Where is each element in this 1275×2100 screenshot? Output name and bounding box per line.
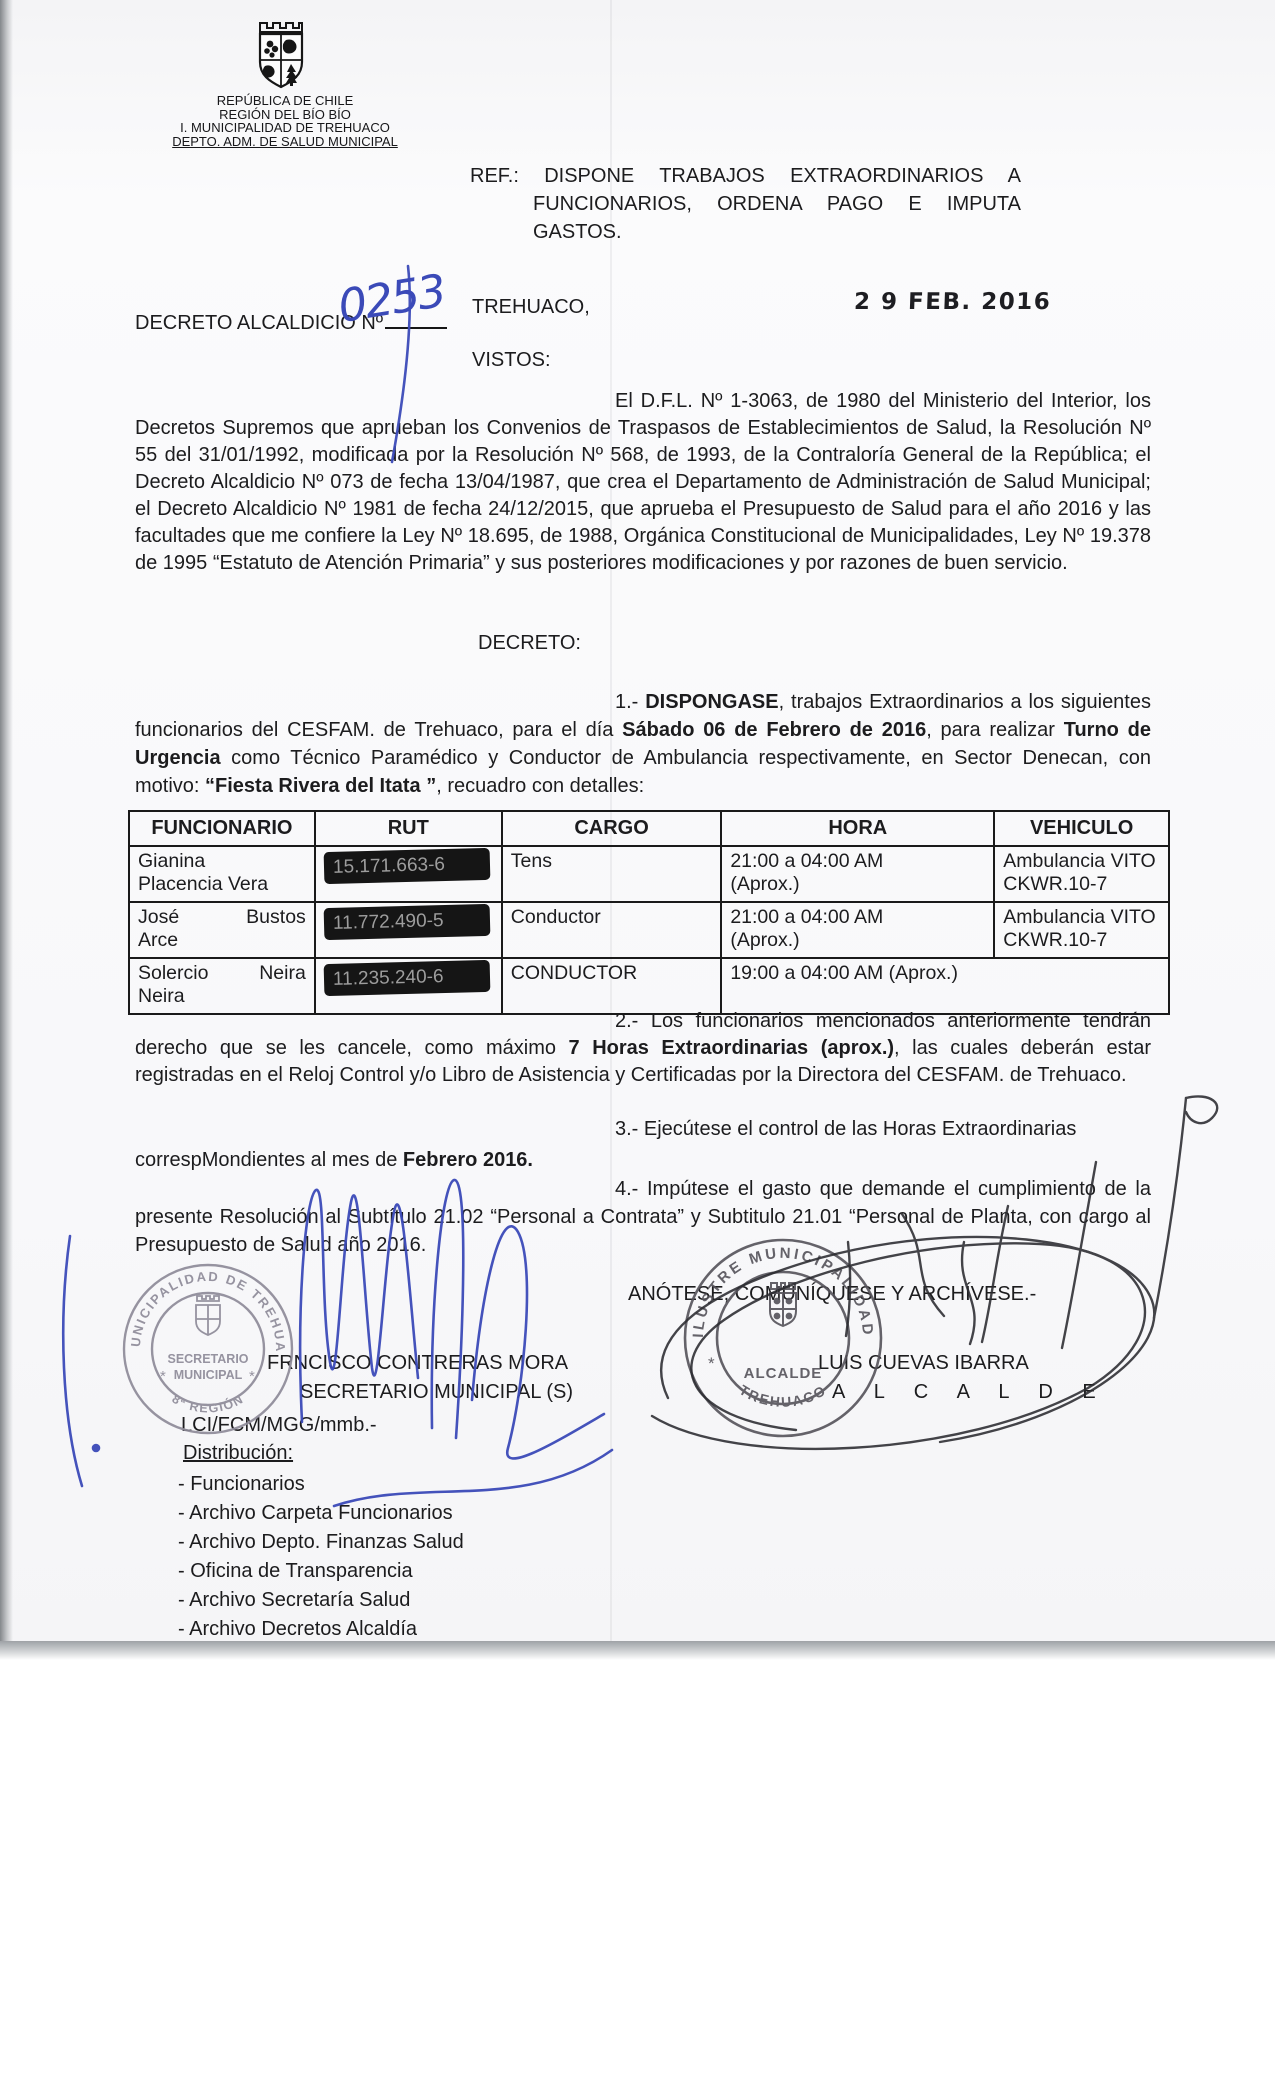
col-header-cargo: CARGO bbox=[502, 811, 722, 846]
cell-rut: 11.772.490-5 bbox=[315, 902, 502, 958]
date-stamp: 2 9 FEB. 2016 bbox=[854, 289, 1052, 315]
cell-hora: 19:00 a 04:00 AM (Aprox.) bbox=[721, 958, 1169, 1014]
stamp-star: * bbox=[708, 1354, 715, 1373]
funcionario-name: Neira bbox=[138, 985, 306, 1008]
hora-line: 21:00 a 04:00 AM bbox=[730, 906, 985, 929]
cell-vehiculo: Ambulancia VITOCKWR.10-7 bbox=[994, 846, 1169, 902]
scanner-edge-shadow bbox=[0, 0, 13, 1646]
secretary-title: SECRETARIO MUNICIPAL (S) bbox=[300, 1381, 573, 1404]
redacted-rut: 11.235.240-6 bbox=[323, 960, 490, 996]
col-header-funcionario: FUNCIONARIO bbox=[129, 811, 315, 846]
distribution-item: - Archivo Depto. Finanzas Salud bbox=[178, 1528, 464, 1557]
cell-rut: 15.171.663-6 bbox=[315, 846, 502, 902]
paper-bottom-shadow bbox=[0, 1641, 1275, 1660]
reference-block: REF.: DISPONE TRABAJOS EXTRAORDINARIOS A… bbox=[470, 162, 1021, 246]
personnel-table: FUNCIONARIO RUT CARGO HORA VEHICULO Gian… bbox=[128, 810, 1170, 1015]
scanned-decree-page: REPÚBLICA DE CHILE REGIÓN DEL BÍO BÍO I.… bbox=[0, 0, 1275, 2100]
scanned-paper: REPÚBLICA DE CHILE REGIÓN DEL BÍO BÍO I.… bbox=[0, 0, 1275, 1646]
stamp-town-text: TREHUACO bbox=[737, 1382, 830, 1410]
stamp-center-line1: SECRETARIO bbox=[167, 1352, 248, 1366]
distribution-item: - Archivo Secretaría Salud bbox=[178, 1586, 464, 1615]
funcionario-name: Gianina bbox=[138, 850, 205, 873]
decreto-point-1: 1.- DISPONGASE, trabajos Extraordinarios… bbox=[135, 688, 1151, 800]
funcionario-name: Placencia Vera bbox=[138, 873, 306, 896]
municipal-coat-of-arms-icon bbox=[250, 16, 312, 96]
svg-text:TREHUACO: TREHUACO bbox=[737, 1382, 830, 1410]
cell-hora: 21:00 a 04:00 AM(Aprox.) bbox=[721, 846, 994, 902]
col-header-hora: HORA bbox=[721, 811, 994, 846]
vehiculo-line: CKWR.10-7 bbox=[1003, 929, 1160, 952]
distribution-list: - Funcionarios - Archivo Carpeta Funcion… bbox=[178, 1470, 464, 1644]
vehiculo-line: Ambulancia VITO bbox=[1003, 906, 1160, 929]
decreto-point-2: 2.- Los funcionarios mencionados anterio… bbox=[135, 1008, 1151, 1089]
letterhead: REPÚBLICA DE CHILE REGIÓN DEL BÍO BÍO I.… bbox=[150, 94, 420, 148]
cell-cargo: Conductor bbox=[502, 902, 722, 958]
stamp-crest-icon bbox=[196, 1296, 220, 1335]
letterhead-line: REGIÓN DEL BÍO BÍO bbox=[150, 108, 420, 122]
distribution-item: - Funcionarios bbox=[178, 1470, 464, 1499]
secretario-municipal-round-stamp-icon: I. MUNICIPALIDAD DE TREHUACO 8ª REGIÓN S… bbox=[118, 1257, 298, 1437]
vehiculo-line: CKWR.10-7 bbox=[1003, 873, 1160, 896]
decreto-heading: DECRETO: bbox=[478, 632, 581, 655]
redacted-rut: 11.772.490-5 bbox=[323, 904, 490, 940]
letterhead-dept-line: DEPTO. ADM. DE SALUD MUNICIPAL bbox=[150, 135, 420, 149]
cell-cargo: Tens bbox=[502, 846, 722, 902]
cell-vehiculo: Ambulancia VITOCKWR.10-7 bbox=[994, 902, 1169, 958]
cell-funcionario: Gianina Placencia Vera bbox=[129, 846, 315, 902]
hora-line: (Aprox.) bbox=[730, 873, 985, 896]
distribution-item: - Archivo Carpeta Funcionarios bbox=[178, 1499, 464, 1528]
table-row: SolercioNeira Neira 11.235.240-6 CONDUCT… bbox=[129, 958, 1169, 1014]
hora-line: 21:00 a 04:00 AM bbox=[730, 850, 985, 873]
decreto-point-4: 4.- Impútese el gasto que demande el cum… bbox=[135, 1175, 1151, 1259]
redacted-rut: 15.171.663-6 bbox=[323, 848, 490, 884]
cell-rut: 11.235.240-6 bbox=[315, 958, 502, 1014]
decreto-point-3-line2: correspMondientes al mes de Febrero 2016… bbox=[135, 1146, 1151, 1174]
secretary-name: FRNCISCO CONTRERAS MORA bbox=[267, 1352, 568, 1375]
alcalde-round-stamp-icon: ILUSTRE MUNICIPALIDAD TREHUACO ALCALDE * bbox=[678, 1235, 888, 1445]
funcionario-name: José bbox=[138, 906, 179, 929]
cell-cargo: CONDUCTOR bbox=[502, 958, 722, 1014]
stamp-star: * bbox=[249, 1368, 255, 1385]
stamp-star: * bbox=[160, 1368, 166, 1385]
vistos-paragraph: El D.F.L. Nº 1-3063, de 1980 del Ministe… bbox=[135, 388, 1151, 577]
stamp-center-text: ALCALDE bbox=[744, 1365, 823, 1382]
stamp-crest-icon bbox=[770, 1283, 796, 1326]
table-header-row: FUNCIONARIO RUT CARGO HORA VEHICULO bbox=[129, 811, 1169, 846]
funcionario-name: Arce bbox=[138, 929, 306, 952]
letterhead-line: I. MUNICIPALIDAD DE TREHUACO bbox=[150, 121, 420, 135]
stamp-center-line2: MUNICIPAL bbox=[174, 1368, 243, 1382]
letterhead-line: REPÚBLICA DE CHILE bbox=[150, 94, 420, 108]
distribution-item: - Archivo Decretos Alcaldía bbox=[178, 1615, 464, 1644]
cell-funcionario: JoséBustos Arce bbox=[129, 902, 315, 958]
col-header-rut: RUT bbox=[315, 811, 502, 846]
distribution-label: Distribución: bbox=[183, 1442, 293, 1465]
table-row: JoséBustos Arce 11.772.490-5 Conductor 2… bbox=[129, 902, 1169, 958]
table-row: Gianina Placencia Vera 15.171.663-6 Tens… bbox=[129, 846, 1169, 902]
hora-line: (Aprox.) bbox=[730, 929, 985, 952]
funcionario-name: Solercio bbox=[138, 962, 208, 985]
svg-text:8ª REGIÓN: 8ª REGIÓN bbox=[170, 1392, 247, 1416]
distribution-item: - Oficina de Transparencia bbox=[178, 1557, 464, 1586]
stamp-region-text: 8ª REGIÓN bbox=[170, 1392, 247, 1416]
vehiculo-line: Ambulancia VITO bbox=[1003, 850, 1160, 873]
cell-hora: 21:00 a 04:00 AM(Aprox.) bbox=[721, 902, 994, 958]
col-header-vehiculo: VEHICULO bbox=[994, 811, 1169, 846]
funcionario-name: Neira bbox=[259, 962, 306, 985]
cell-funcionario: SolercioNeira Neira bbox=[129, 958, 315, 1014]
decreto-point-3-line1: 3.- Ejecútese el control de las Horas Ex… bbox=[135, 1115, 1151, 1143]
vistos-heading: VISTOS: bbox=[472, 349, 551, 372]
place-line: TREHUACO, bbox=[472, 296, 590, 319]
funcionario-name: Bustos bbox=[246, 906, 306, 929]
